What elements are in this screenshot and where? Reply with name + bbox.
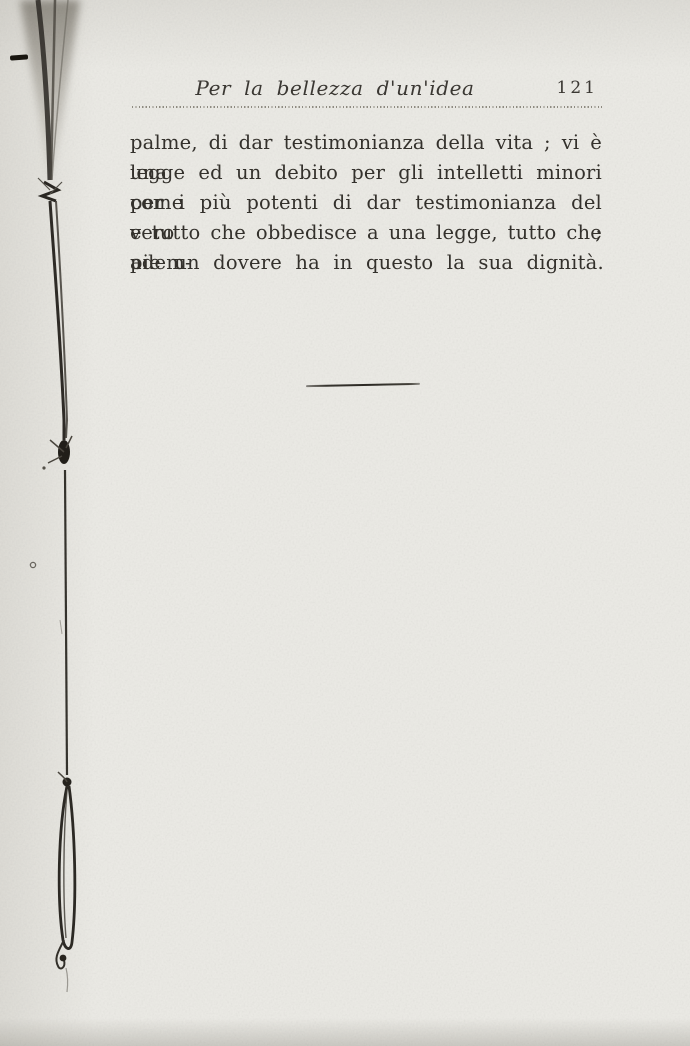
thread-mid-strands bbox=[50, 201, 67, 440]
thread-lower-strand bbox=[30, 470, 67, 775]
text-line-1: palme, di dar testimonianza della vita ;… bbox=[130, 128, 602, 158]
running-title: Per la bellezza d'un'idea bbox=[130, 76, 540, 100]
header-dotted-rule bbox=[132, 106, 602, 108]
page-number: 121 bbox=[557, 78, 598, 98]
page-header: Per la bellezza d'un'idea 121 bbox=[130, 76, 600, 104]
thread-tick-mark bbox=[10, 54, 28, 60]
scanned-book-page: Per la bellezza d'un'idea 121 palme, di … bbox=[0, 0, 690, 1046]
thread-knot-middle bbox=[42, 436, 72, 470]
body-paragraph: palme, di dar testimonianza della vita ;… bbox=[130, 128, 602, 278]
thread-loop-bottom bbox=[56, 772, 74, 992]
section-divider-rule bbox=[306, 383, 420, 387]
book-binding-thread bbox=[0, 0, 100, 1046]
text-line-4: e tutto che obbedisce a una legge, tutto… bbox=[130, 218, 602, 248]
text-line-5: pie un dovere ha in questo la sua dignit… bbox=[130, 248, 602, 278]
text-line-3: per i più potenti di dar testimonianza d… bbox=[130, 188, 602, 218]
text-line-2: legge ed un debito per gli intelletti mi… bbox=[130, 158, 602, 188]
